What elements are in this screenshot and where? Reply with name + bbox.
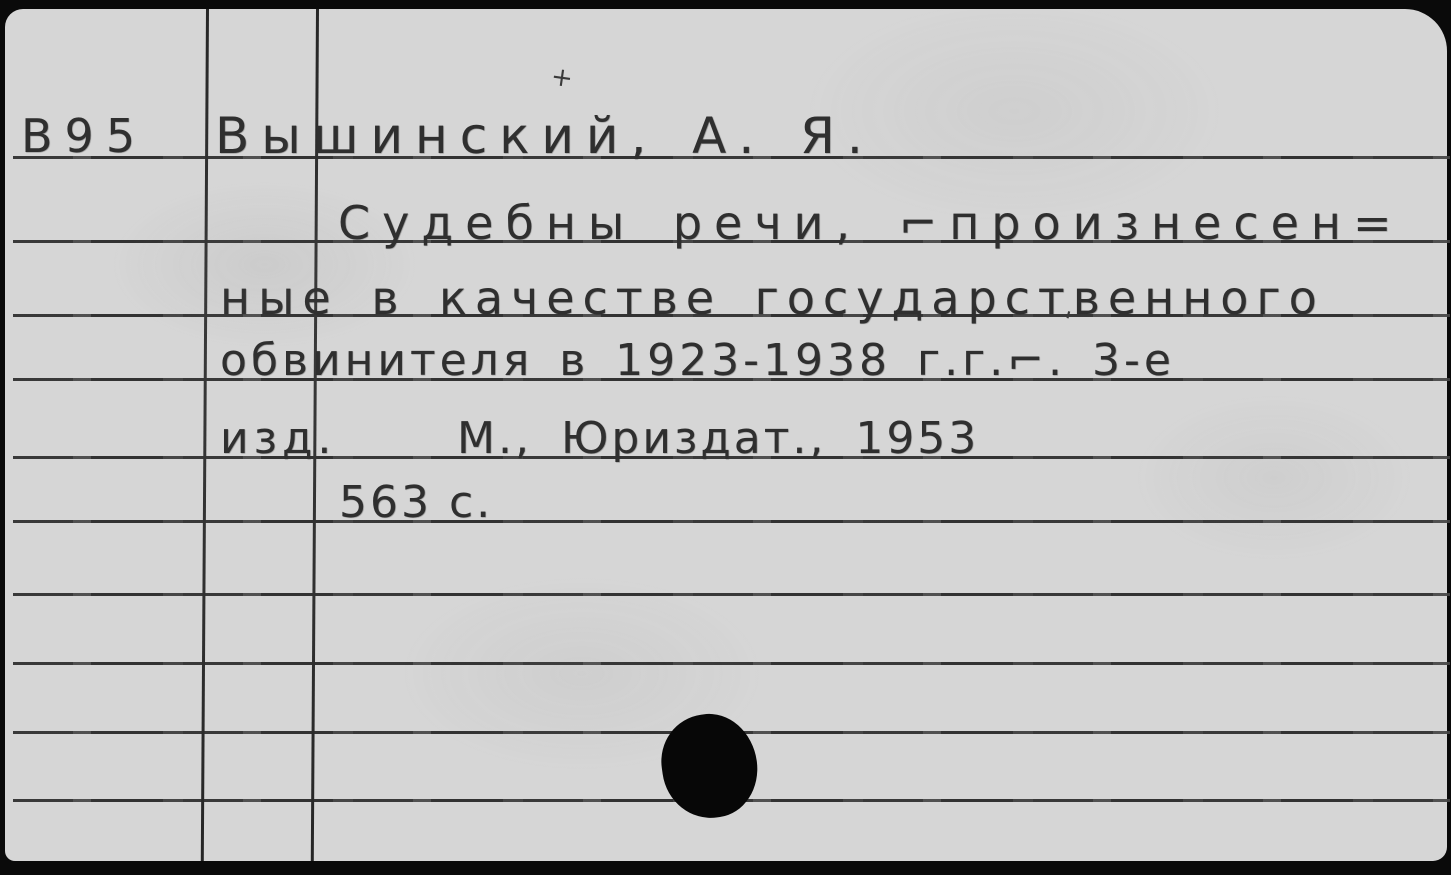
stray-pen-mark: + — [549, 64, 574, 93]
catalog-card: В95 Вышинский, А. Я. Судебны речи, ⌐прои… — [5, 9, 1447, 861]
scanned-catalog-card-photo: В95 Вышинский, А. Я. Судебны речи, ⌐прои… — [0, 0, 1451, 875]
title-line-2: ные в качестве государственного — [220, 275, 1325, 321]
edition-abbreviation: изд. — [220, 417, 336, 461]
ruled-line — [13, 520, 1450, 523]
title-line-3: обвинителя в 1923-1938 г.г.⌐. 3-е — [220, 339, 1175, 383]
ruled-line — [13, 662, 1450, 665]
author-heading: Вышинский, А. Я. — [215, 111, 875, 161]
ruled-line — [13, 593, 1450, 596]
imprint-line: М., Юриздат., 1953 — [457, 417, 979, 461]
title-line-1: Судебны речи, ⌐произнесен= — [338, 200, 1404, 246]
punch-hole — [655, 708, 764, 824]
collation-pages: 563 с. — [339, 481, 493, 525]
call-number: В95 — [21, 113, 147, 159]
